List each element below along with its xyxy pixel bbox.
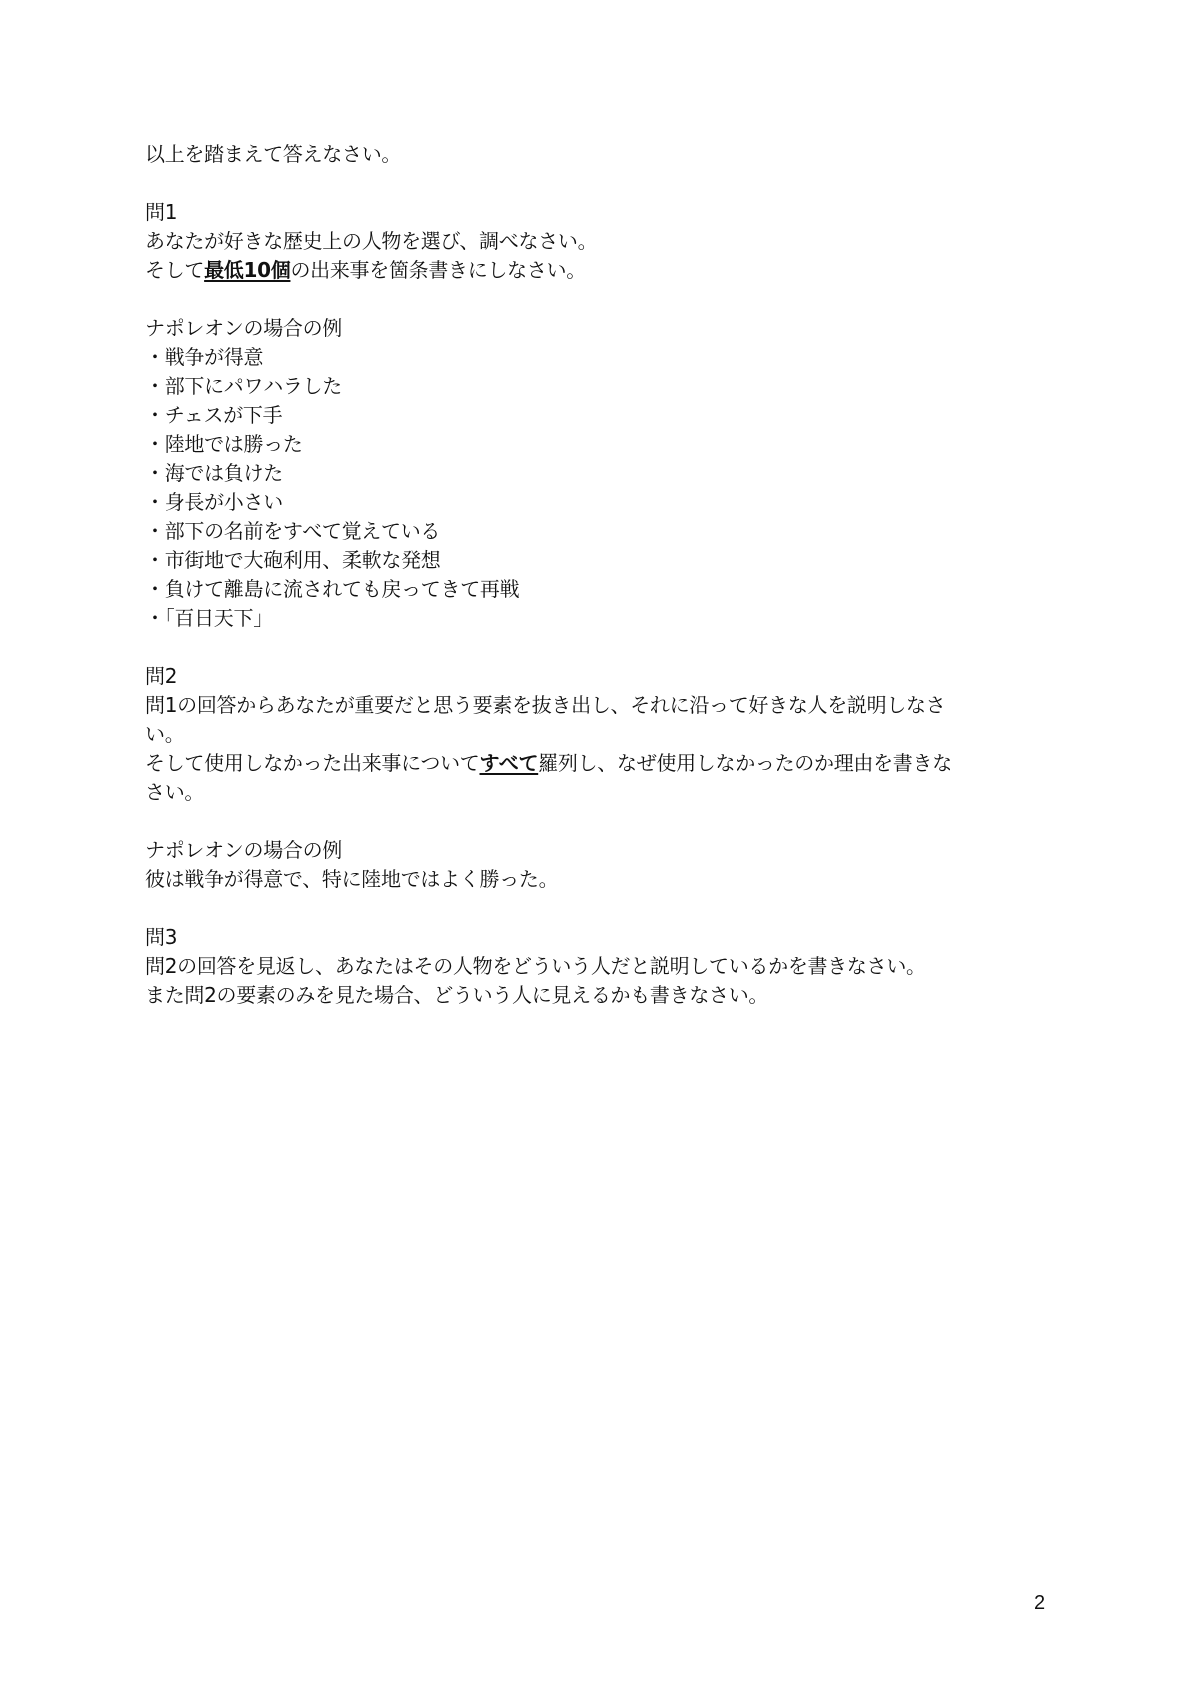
spacer [145,807,1065,836]
question-3-instruction-2: また問2の要素のみを見た場合、どういう人に見えるかも書きなさい。 [145,981,1065,1010]
list-item: ・「百日天下」 [145,604,1065,633]
list-item: ・戦争が得意 [145,343,1065,372]
list-item: ・市街地で大砲利用、柔軟な発想 [145,546,1065,575]
question-1-instruction-2: そして最低10個の出来事を箇条書きにしなさい。 [145,256,1065,285]
list-item-text: 「百日天下」 [165,606,273,630]
q2-line2-post: 羅列し、なぜ使用しなかったのか理由を書きな [538,751,952,775]
list-item-text: 部下の名前をすべて覚えている [165,519,440,543]
question-2-example-heading: ナポレオンの場合の例 [145,836,1065,865]
question-3: 問3 問2の回答を見返し、あなたはその人物をどういう人だと説明しているかを書きな… [145,923,1065,1010]
spacer [145,169,1065,198]
intro-text: 以上を踏まえて答えなさい。 [145,140,1065,169]
list-item: ・部下の名前をすべて覚えている [145,517,1065,546]
question-2-heading: 問2 [145,662,1065,691]
spacer [145,633,1065,662]
list-item-text: 陸地では勝った [165,432,303,456]
bullet-dot-icon: ・ [145,345,165,369]
list-item-text: 市街地で大砲利用、柔軟な発想 [165,548,441,572]
bullet-dot-icon: ・ [145,606,165,630]
question-3-heading: 問3 [145,923,1065,952]
bullet-dot-icon: ・ [145,461,165,485]
question-2-example-text: 彼は戦争が得意で、特に陸地ではよく勝った。 [145,865,1065,894]
q1-emphasis-minimum-ten: 最低10個 [204,258,290,282]
list-item: ・陸地では勝った [145,430,1065,459]
bullet-dot-icon: ・ [145,519,165,543]
list-item-text: 部下にパワハラした [165,374,342,398]
bullet-dot-icon: ・ [145,490,165,514]
question-2-instruction-2: そして使用しなかった出来事についてすべて羅列し、なぜ使用しなかったのか理由を書き… [145,749,1065,778]
question-2-instruction-1b: い。 [145,720,1065,749]
list-item-text: 戦争が得意 [165,345,264,369]
question-2-instruction-1a: 問1の回答からあなたが重要だと思う要素を抜き出し、それに沿って好きな人を説明しな… [145,691,1065,720]
question-1-heading: 問1 [145,198,1065,227]
bullet-dot-icon: ・ [145,403,165,427]
question-1: 問1 あなたが好きな歴史上の人物を選び、調べなさい。 そして最低10個の出来事を… [145,198,1065,633]
bullet-dot-icon: ・ [145,374,165,398]
q1-line2-pre: そして [145,258,204,282]
list-item-text: 身長が小さい [165,490,283,514]
question-1-example-heading: ナポレオンの場合の例 [145,314,1065,343]
list-item-text: チェスが下手 [165,403,283,427]
list-item: ・身長が小さい [145,488,1065,517]
q1-line2-post: の出来事を箇条書きにしなさい。 [290,258,586,282]
q2-line2-pre: そして使用しなかった出来事について [145,751,480,775]
document-page: 以上を踏まえて答えなさい。 問1 あなたが好きな歴史上の人物を選び、調べなさい。… [145,140,1065,1010]
page-number: 2 [1034,1592,1045,1615]
example-bullet-list: ・戦争が得意 ・部下にパワハラした ・チェスが下手 ・陸地では勝った ・海では負… [145,343,1065,633]
list-item: ・チェスが下手 [145,401,1065,430]
list-item: ・負けて離島に流されても戻ってきて再戦 [145,575,1065,604]
spacer [145,285,1065,314]
question-2: 問2 問1の回答からあなたが重要だと思う要素を抜き出し、それに沿って好きな人を説… [145,662,1065,894]
bullet-dot-icon: ・ [145,432,165,456]
list-item: ・海では負けた [145,459,1065,488]
list-item-text: 負けて離島に流されても戻ってきて再戦 [165,577,520,601]
bullet-dot-icon: ・ [145,577,165,601]
question-2-instruction-2b: さい。 [145,778,1065,807]
list-item: ・部下にパワハラした [145,372,1065,401]
q2-emphasis-all: すべて [480,751,539,775]
bullet-dot-icon: ・ [145,548,165,572]
spacer [145,894,1065,923]
question-3-instruction-1: 問2の回答を見返し、あなたはその人物をどういう人だと説明しているかを書きなさい。 [145,952,1065,981]
question-1-instruction-1: あなたが好きな歴史上の人物を選び、調べなさい。 [145,227,1065,256]
list-item-text: 海では負けた [165,461,283,485]
